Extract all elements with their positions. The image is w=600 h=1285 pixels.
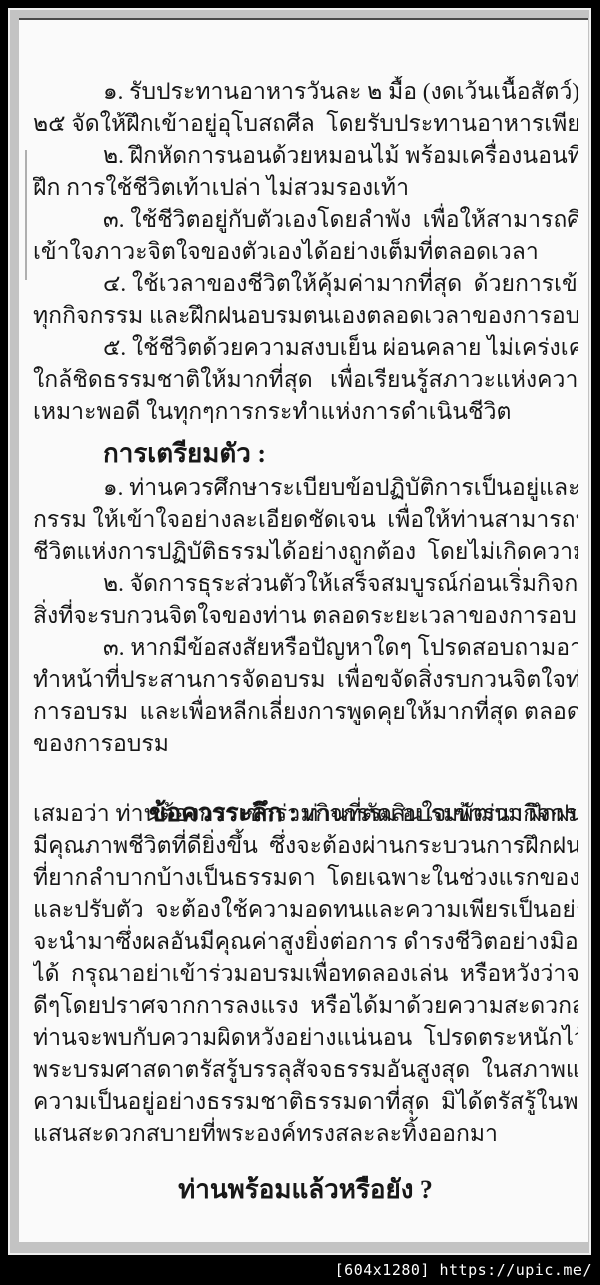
text-line: ๒. ฝึกหัดการนอนด้วยหมอนไม้ พร้อมเครื่องน… <box>33 140 578 172</box>
text-line: กรรม ให้เข้าใจอย่างละเอียดชัดเจน เพื่อให… <box>33 504 578 536</box>
text-line: แสนสะดวกสบายที่พระองค์ทรงสละละทิ้งออกมา <box>33 1118 578 1150</box>
text-line: ใกล้ชิดธรรมชาติให้มากที่สุด เพื่อเรียนรู… <box>33 364 578 396</box>
text-line: ฝึก การใช้ชีวิตเท้าเปล่า ไม่สวมรองเท้า <box>33 172 578 204</box>
text-line: ทุกกิจกรรม และฝึกฝนอบรมตนเองตลอดเวลาของก… <box>33 300 578 332</box>
text-line: ที่ยากลำบากบ้างเป็นธรรมดา โดยเฉพาะในช่วง… <box>33 862 578 894</box>
text-line: เหมาะพอดี ในทุกๆการกระทำแห่งการดำเนินชีว… <box>33 396 578 428</box>
text-line: ดีๆโดยปราศจากการลงแรง หรือได้มาด้วยความส… <box>33 990 578 1022</box>
text-line: มีคุณภาพชีวิตที่ดียิ่งขึ้น ซึ่งจะต้องผ่า… <box>33 830 578 862</box>
text-line: ๑. ท่านควรศึกษาระเบียบข้อปฏิบัติการเป็นอ… <box>33 472 578 504</box>
document-body: ๑. รับประทานอาหารวันละ ๒ มื้อ (งดเว้นเนื… <box>33 76 578 1242</box>
text-line: ๑. รับประทานอาหารวันละ ๒ มื้อ (งดเว้นเนื… <box>33 76 578 108</box>
scanned-page-frame: ๑. รับประทานอาหารวันละ ๒ มื้อ (งดเว้นเนื… <box>8 8 591 1255</box>
text-line: เข้าใจภาวะจิตใจของตัวเองได้อย่างเต็มที่ต… <box>33 236 578 268</box>
document-page: ๑. รับประทานอาหารวันละ ๒ มื้อ (งดเว้นเนื… <box>19 18 588 1242</box>
text-line: ความเป็นอยู่อย่างธรรมชาติธรรมดาที่สุด มิ… <box>33 1086 578 1118</box>
text-line: การอบรม และเพื่อหลีกเลี่ยงการพูดคุยให้มา… <box>33 696 578 728</box>
text-line: พระบรมศาสดาตรัสรู้บรรลุสัจจธรรมอันสูงสุด… <box>33 1054 578 1086</box>
text-line: ๓. ใช้ชีวิตอยู่กับตัวเองโดยลำพัง เพื่อให… <box>33 204 578 236</box>
section-heading-preparation: การเตรียมตัว : <box>33 438 578 470</box>
text-line: เสมอว่า ท่านต้องการเข้าร่วมกิจกรรม อบรมพ… <box>33 798 578 830</box>
text-line: และปรับตัว จะต้องใช้ความอดทนและความเพียร… <box>33 894 578 926</box>
text-line: ได้ กรุณาอย่าเข้าร่วมอบรมเพื่อทดลองเล่น … <box>33 958 578 990</box>
text-line: ทำหน้าที่ประสานการจัดอบรม เพื่อขจัดสิ่งร… <box>33 664 578 696</box>
paper-edge-shadow <box>25 150 27 280</box>
watermark-url: [604x1280] https://upic.me/ <box>335 1261 592 1279</box>
text-line: ๒๕ จัดให้ฝึกเข้าอยู่อุโบสถศีล โดยรับประท… <box>33 108 578 140</box>
closing-question: ท่านพร้อมแล้วหรือยัง ? <box>33 1174 578 1206</box>
text-line: ๓. หากมีข้อสงสัยหรือปัญหาใดๆ โปรดสอบถามอ… <box>33 632 578 664</box>
text-line: ท่านจะพบกับความผิดหวังอย่างแน่นอน โปรดตร… <box>33 1022 578 1054</box>
text-line: ของการอบรม <box>33 728 578 760</box>
text-line: ๔. ใช้เวลาของชีวิตให้คุ้มค่ามากที่สุด ด้… <box>33 268 578 300</box>
remark-heading-line: ข้อควรระลึก : ท่านที่ตัดสินใจเข้าร่วมกิจ… <box>33 766 578 798</box>
text-line: จะนำมาซึ่งผลอันมีคุณค่าสูงยิ่งต่อการ ดำร… <box>33 926 578 958</box>
text-line: สิ่งที่จะรบกวนจิตใจของท่าน ตลอดระยะเวลาข… <box>33 600 578 632</box>
text-line: ๕. ใช้ชีวิตด้วยความสงบเย็น ผ่อนคลาย ไม่เ… <box>33 332 578 364</box>
watermark-bar: [604x1280] https://upic.me/ <box>0 1255 600 1285</box>
text-line: ๒. จัดการธุระส่วนตัวให้เสร็จสมบูรณ์ก่อนเ… <box>33 568 578 600</box>
text-line: ชีวิตแห่งการปฏิบัติธรรมได้อย่างถูกต้อง โ… <box>33 536 578 568</box>
